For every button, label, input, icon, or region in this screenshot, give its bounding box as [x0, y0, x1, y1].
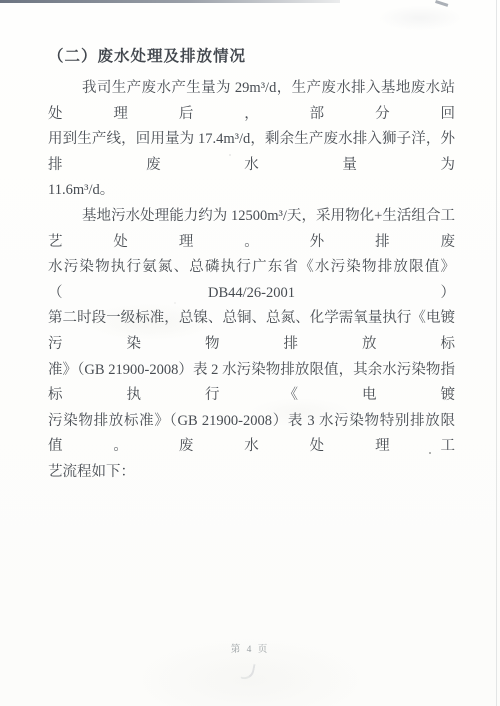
text-line: 我司生产废水产生量为 29m³/d，生产废水排入基地废水站处理后，部分回 — [48, 76, 455, 127]
text-line: 用到生产线，回用量为 17.4m³/d，剩余生产废水排入狮子洋，外排废水量为 — [48, 127, 455, 178]
scan-smudge — [240, 662, 255, 681]
scanned-document-page: （二）废水处理及排放情况 我司生产废水产生量为 29m³/d，生产废水排入基地废… — [0, 0, 500, 706]
scan-artifact-right-edge — [496, 0, 497, 706]
paragraph-treatment-standards: 基地污水处理能力约为 12500m³/天，采用物化+生活组合工艺处理。外排废 水… — [48, 204, 455, 486]
section-heading: （二）废水处理及排放情况 — [48, 44, 246, 66]
scan-artifact-top-edge — [0, 0, 340, 3]
page-footer: 第 4 页 — [0, 639, 500, 657]
scan-artifact-top-fragment — [435, 0, 448, 7]
text-line: 污染物排放标准》（GB 21900-2008）表 3 水污染物特别排放限值。废水… — [48, 409, 455, 460]
text-line: 艺流程如下： — [48, 460, 455, 486]
text-line: 基地污水处理能力约为 12500m³/天，采用物化+生活组合工艺处理。外排废 — [48, 204, 455, 255]
scan-speck — [429, 452, 431, 454]
text-line: 水污染物执行氨氮、总磷执行广东省《水污染物排放限值》（DB44/26-2001） — [48, 255, 455, 306]
paragraph-production-wastewater: 我司生产废水产生量为 29m³/d，生产废水排入基地废水站处理后，部分回 用到生… — [48, 76, 455, 204]
page-number: 第 4 页 — [231, 645, 270, 655]
text-line: 第二时段一级标准，总镍、总铜、总氮、化学需氧量执行《电镀污染物排放标 — [48, 306, 455, 357]
body-text: 我司生产废水产生量为 29m³/d，生产废水排入基地废水站处理后，部分回 用到生… — [48, 76, 455, 486]
text-line: 11.6m³/d。 — [48, 178, 455, 204]
text-line: 准》（GB 21900-2008）表 2 水污染物排放限值，其余水污染物指标执行… — [48, 358, 455, 409]
